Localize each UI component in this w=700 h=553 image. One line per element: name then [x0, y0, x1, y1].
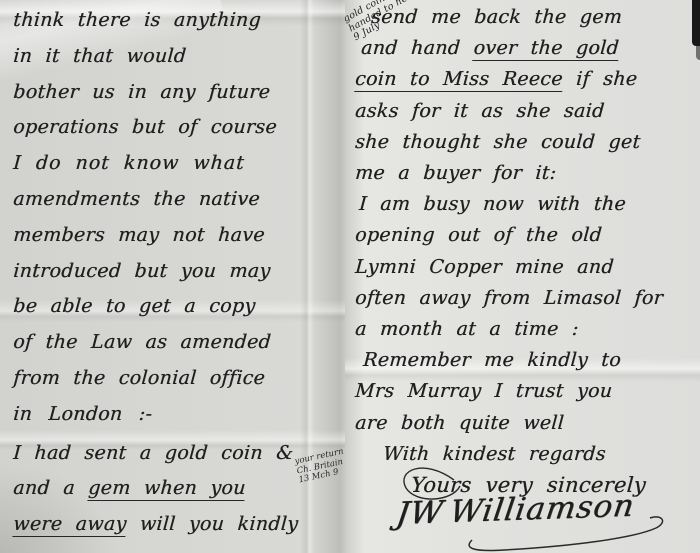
letter-page-left: think there is anythingin it that wouldb… [12, 0, 338, 543]
letter-line: think there is anything [12, 3, 341, 39]
phrase: Remember me kindly to [362, 349, 621, 371]
letter-line: Remember me kindly to [362, 345, 700, 376]
phrase: members may not have [13, 224, 266, 246]
letter-line: asks for it as she said [354, 96, 700, 127]
phrase: amendments the native [13, 188, 261, 210]
phrase: Mrs Murray I trust you [354, 380, 613, 402]
phrase: if she [562, 68, 638, 90]
letter-page-right: gold coinhanded to her9 July send me bac… [354, 0, 698, 532]
letter-line: from the colonial office [12, 361, 341, 397]
letter-body-left: think there is anythingin it that wouldb… [12, 3, 338, 543]
letter-line: and hand over the gold [360, 33, 700, 64]
letter-line: opening out of the old [354, 220, 700, 251]
phrase: often away from Limasol for [354, 287, 663, 309]
letter-line: operations but of course [12, 110, 341, 146]
signature-flourish [354, 418, 700, 553]
letter-line: I do not know what [12, 146, 341, 182]
letter-line: were away will you kindly [12, 507, 341, 543]
phrase: opening out of the old [354, 224, 602, 246]
letter-line: coin to Miss Reece if she [354, 64, 700, 95]
underlined-phrase: were away [12, 513, 127, 537]
letter-line: be able to get a copy [12, 289, 341, 325]
phrase: bother us in any future [13, 81, 271, 103]
letter-line: bother us in any future [12, 75, 341, 111]
phrase: from the colonial office [13, 367, 266, 389]
letter-line: introduced but you may [12, 254, 341, 290]
phrase: asks for it as she said [354, 100, 605, 122]
letter-scan: think there is anythingin it that wouldb… [0, 0, 700, 553]
phrase: of the Law as amended [13, 331, 272, 353]
underlined-phrase: gem when you [87, 477, 246, 501]
letter-line: of the Law as amended [12, 325, 341, 361]
letter-line: Mrs Murray I trust you [354, 376, 700, 407]
letter-line: in it that would [12, 39, 341, 75]
letter-line: send me back the gem [370, 2, 700, 33]
letter-line: me a buyer for it: [354, 158, 700, 189]
phrase: introduced but you may [13, 260, 272, 282]
phrase: I am busy now with the [358, 193, 626, 215]
letter-line: I am busy now with the [358, 189, 700, 220]
phrase: I do not know what [13, 152, 246, 174]
letter-line: and a gem when you [12, 471, 341, 507]
letter-line: I had sent a gold coin & [12, 436, 341, 472]
underlined-phrase: coin to Miss Reece [354, 68, 563, 92]
phrase: operations but of course [13, 116, 278, 138]
phrase: think there is anything [13, 9, 262, 31]
phrase: and a [13, 477, 89, 499]
letter-line: members may not have [12, 218, 341, 254]
letter-line: amendments the native [12, 182, 341, 218]
phrase: be able to get a copy [13, 295, 257, 317]
letter-line: she thought she could get [354, 127, 700, 158]
letter-line: a month at a time : [354, 314, 700, 345]
letter-line: in London :- [12, 397, 341, 433]
phrase: Lymni Copper mine and [354, 256, 614, 278]
phrase: I had sent a gold coin & [13, 442, 295, 464]
letter-line: Lymni Copper mine and [354, 252, 700, 283]
phrase: will you kindly [126, 513, 299, 535]
phrase: and hand [360, 37, 474, 59]
phrase: in it that would [13, 45, 188, 67]
phrase: send me back the gem [370, 6, 623, 28]
phrase: she thought she could get [354, 131, 641, 153]
underlined-phrase: over the gold [473, 37, 620, 61]
phrase: in London :- [13, 403, 153, 425]
letter-line: often away from Limasol for [354, 283, 700, 314]
phrase: me a buyer for it: [354, 162, 557, 184]
phrase: a month at a time : [354, 318, 579, 340]
